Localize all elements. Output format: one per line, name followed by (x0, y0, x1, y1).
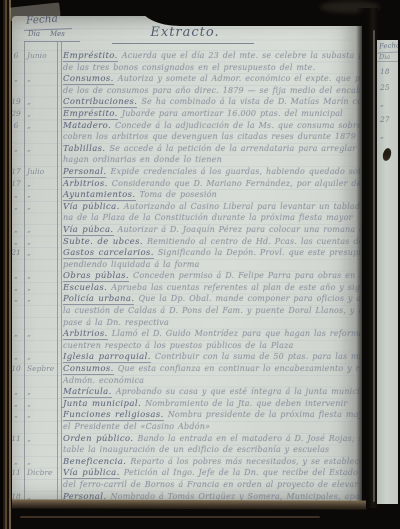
entry-day: 11 (8, 467, 24, 479)
entry-month (24, 212, 57, 224)
entry-body: hagan ordinarias en donde lo tienen (63, 155, 222, 164)
entry-body: el Presidente del «Casino Abdón» (63, 422, 210, 431)
entry-month: „ (24, 386, 57, 398)
entry-text: del ferro-carril de Bornos á Francia en … (57, 479, 360, 491)
entry-text: Vía púbca.Autorizar á D. Joaquín Pérez p… (57, 224, 360, 236)
entry-day: „ (8, 143, 24, 155)
day-month-underline (24, 41, 80, 42)
entry-month (24, 340, 57, 352)
ledger-row: 11 „ Orden público.Bando la entrada en e… (8, 433, 360, 445)
entry-text: Consumos.Que esta confianza en continuar… (57, 363, 360, 375)
day-column-header: Dia (28, 30, 40, 38)
ledger-row: del ferro-carril de Bornos á Francia en … (8, 479, 360, 491)
facing-page-day-number: „ (377, 129, 398, 145)
entry-body: Bando la entrada en el matadero á D. Jos… (138, 434, 360, 443)
ledger-row: hagan ordinarias en donde lo tienen (8, 154, 360, 166)
entry-body: Remitiendo al centro de Hd. Pcas. las cu… (147, 237, 360, 246)
entry-keyword: Ayuntamientos. (63, 190, 136, 201)
entry-text: Escuelas.Aprueba las cuentas referentes … (57, 282, 360, 294)
entry-text: pase á la Dn. respectiva (57, 317, 360, 329)
entry-month (24, 479, 57, 491)
entry-text: hagan ordinarias en donde lo tienen (57, 154, 360, 166)
entry-month: „ (24, 282, 57, 294)
entry-body: Significando la Depón. Provl. que este p… (158, 248, 360, 257)
entry-day (8, 154, 24, 166)
entry-body: Admón. económica (63, 376, 144, 385)
ledger-row: na de la Plaza de la Constitución durant… (8, 212, 360, 224)
ledger-row: „ „ Iglesia parroquial.Contribuir con la… (8, 351, 360, 363)
entry-month: „ (24, 433, 57, 445)
month-column-header: Mes (50, 30, 65, 38)
entry-day (8, 340, 24, 352)
entry-body: Concede á la adjudicación de la Ms. que … (115, 121, 360, 130)
entry-day (8, 62, 24, 74)
entry-day: „ (8, 328, 24, 340)
entry-day: „ (8, 189, 24, 201)
entry-day (8, 212, 24, 224)
ledger-row: table la inauguración de un edificio de … (8, 444, 360, 456)
entry-body: Contribuir con la suma de 50 ptas. para … (155, 352, 360, 361)
entry-day: „ (8, 456, 24, 468)
entry-month: „ (24, 409, 57, 421)
entry-body: Autorizando al Casino Liberal para levan… (124, 202, 360, 211)
entry-month: Dicbre (24, 467, 57, 479)
entry-text: Tablillas.Se accede á la petición de la … (57, 143, 360, 155)
entry-month (24, 259, 57, 271)
entry-body: de las tres bonos consignados en el pres… (63, 63, 315, 72)
entry-month (24, 444, 57, 456)
entry-body: Toma de posesión (140, 190, 217, 199)
entry-keyword: Personal. (63, 167, 106, 178)
entry-text: Beneficencia.Reparto á los pobres más ne… (57, 456, 360, 468)
entry-month (24, 85, 57, 97)
entry-keyword: Vía pública. (63, 468, 120, 479)
entry-day: 11 (8, 433, 24, 445)
facing-page-day-number: 18 (377, 65, 398, 81)
entry-text: Junta municipal.Nombramiento de la Jta. … (57, 398, 360, 410)
entry-keyword: Obras públas. (63, 271, 129, 282)
page-title: Extracto. (110, 25, 260, 40)
facing-page-edge (373, 30, 375, 502)
entry-keyword: Junta municipal. (63, 399, 141, 410)
ledger-row: „ „ Policía urbana.Que la Dp. Obal. mand… (8, 293, 360, 305)
entry-keyword: Iglesia parroquial. (63, 352, 151, 363)
ledger-row: pase á la Dn. respectiva (8, 317, 360, 329)
entry-text: na de la Plaza de la Constitución durant… (57, 212, 360, 224)
entry-text: Gastos carcelarios.Significando la Depón… (57, 247, 360, 259)
entry-body: Reparto á los pobres más necesitados, y … (130, 457, 360, 466)
entry-month: „ (24, 201, 57, 213)
entry-day (8, 421, 24, 433)
entry-day: „ (8, 282, 24, 294)
entry-text: la cuestión de Caldas á D. Pons del Fam.… (57, 305, 360, 317)
page-bottom-edge (12, 499, 366, 509)
entry-body: Que la Dp. Obal. mande componer para ofi… (138, 294, 360, 303)
entry-text: Personal.Expide credenciales á los guard… (57, 166, 360, 178)
entry-month: Sepbre (24, 363, 57, 375)
entry-keyword: Consumos. (63, 364, 114, 375)
entry-text: Matadero.Concede á la adjudicación de la… (57, 120, 360, 132)
ledger-row: la cuestión de Caldas á D. Pons del Fam.… (8, 305, 360, 317)
ledger-row: „ „ Junta municipal.Nombramiento de la J… (8, 398, 360, 410)
entry-month: „ (24, 120, 57, 132)
entry-day: 6 (8, 50, 24, 62)
entry-month: „ (24, 328, 57, 340)
entry-keyword: Escuelas. (63, 283, 107, 294)
entry-text: Empréstito.Acuerda que el día 23 del mte… (57, 50, 360, 62)
entry-month: Junio (24, 50, 57, 62)
entry-text: cuentren respecto á los puestos públicos… (57, 340, 360, 352)
entry-keyword: Consumos. (63, 74, 114, 85)
entry-month (24, 305, 57, 317)
entry-text: Vía pública.Autorizando al Casino Libera… (57, 201, 360, 213)
entry-body: Petición al Ingo. Jefe de la Dn. que rec… (124, 468, 360, 477)
entry-keyword: Gastos carcelarios. (63, 248, 154, 259)
entry-body: Llamó el D. Guido Montrídez para que hag… (112, 329, 360, 338)
page-title-underline (112, 43, 254, 44)
entry-keyword: Funciones religiosas. (63, 410, 164, 421)
entry-text: Consumos.Autoriza y somete al Admor. eco… (57, 73, 360, 85)
entry-day: „ (8, 224, 24, 236)
entry-day (8, 305, 24, 317)
entry-day: „ (8, 236, 24, 248)
entry-month: „ (24, 236, 57, 248)
entry-month: „ (24, 73, 57, 85)
ledger-row: cobren los arbitrios que devenguen las c… (8, 131, 360, 143)
ledger-row: de las tres bonos consignados en el pres… (8, 62, 360, 74)
entry-body: Se accede á la petición de la arrendatar… (110, 144, 360, 153)
entry-text: Funciones religiosas.Nombra presidente d… (57, 409, 360, 421)
entry-text: Ayuntamientos.Toma de posesión (57, 189, 360, 201)
entry-body: Que esta confianza en continuar lo encab… (118, 364, 360, 373)
entry-body: pase á la Dn. respectiva (63, 318, 169, 327)
entry-month: „ (24, 270, 57, 282)
entry-keyword: Vía pública. (63, 202, 120, 213)
entry-text: Obras públas.Conceden permiso á D. Felip… (57, 270, 360, 282)
entry-keyword: Tablillas. (63, 144, 106, 155)
entry-body: Jubarde para amortizar 16.000 ptas. del … (122, 109, 343, 118)
entry-keyword: Vía púbca. (63, 225, 114, 236)
entry-month: „ (24, 293, 57, 305)
ledger-row: „ „ Beneficencia.Reparto á los pobres má… (8, 456, 360, 468)
ledger-row: „ „ Funciones religiosas.Nombra presiden… (8, 409, 360, 421)
entry-keyword: Empréstito. (63, 51, 118, 62)
entry-keyword: Matrícula. (63, 387, 112, 398)
entry-body: cobren los arbitrios que devenguen las c… (63, 132, 360, 141)
entry-month (24, 421, 57, 433)
entry-body: Nombramiento de la Jta. que deben interv… (145, 399, 347, 408)
ledger-row: de los de consumos para año direc. 1879 … (8, 85, 360, 97)
entry-day: 21 (8, 247, 24, 259)
entry-month (24, 62, 57, 74)
entry-month: „ (24, 189, 57, 201)
entry-text: Policía urbana.Que la Dp. Obal. mande co… (57, 293, 360, 305)
entry-body: Autoriza y somete al Admor. económico el… (118, 74, 360, 83)
facing-page-numbers: 1825„27„ (377, 65, 398, 145)
facing-page-day-number: „ (377, 97, 398, 113)
ledger-row: „ „ Tablillas.Se accede á la petición de… (8, 143, 360, 155)
entry-day: „ (8, 270, 24, 282)
ledger-row: 11 Dicbre Vía pública.Petición al Ingo. … (8, 467, 360, 479)
entry-day: „ (8, 73, 24, 85)
entry-day: 17 (8, 178, 24, 190)
entry-body: la cuestión de Caldas á D. Pons del Fam.… (63, 306, 360, 315)
entry-day (8, 444, 24, 456)
entry-body: Considerando que D. Mariano Fernández, p… (112, 179, 360, 188)
ledger-row: 17 „ Arbitrios.Considerando que D. Maria… (8, 178, 360, 190)
facing-page-day-header: Dia (377, 53, 398, 62)
entry-day: „ (8, 386, 24, 398)
entry-day (8, 85, 24, 97)
entry-body: Conceden permiso á D. Felipe Parra para … (133, 271, 360, 280)
entry-keyword: Arbitrios. (63, 179, 108, 190)
entry-body: de los de consumos para año direc. 1879 … (63, 86, 360, 95)
entry-day: 10 (8, 363, 24, 375)
entry-body: Aprobando su casa y que esté íntegra á l… (116, 387, 360, 396)
entry-day: „ (8, 293, 24, 305)
ledger-row: 29 „ Empréstito.Jubarde para amortizar 1… (8, 108, 360, 120)
entry-keyword: Contribuciones. (63, 97, 137, 108)
entry-day: 6 (8, 120, 24, 132)
ledger-row: 6 Junio Empréstito.Acuerda que el día 23… (8, 50, 360, 62)
page-stack-edge-line (20, 516, 320, 518)
entry-month: „ (24, 456, 57, 468)
entry-day: „ (8, 398, 24, 410)
ledger-row: cuentren respecto á los puestos públicos… (8, 340, 360, 352)
ledger-row: „ „ Arbitrios.Llamó el D. Guido Montríde… (8, 328, 360, 340)
entry-keyword: Subte. de ubces. (63, 237, 143, 248)
entry-text: el Presidente del «Casino Abdón» (57, 421, 360, 433)
entry-keyword: Policía urbana. (63, 294, 134, 305)
entry-day (8, 131, 24, 143)
facing-page-day-number: 25 (377, 81, 398, 97)
ledger-photo: Fecha Dia Mes Extracto. 6 Junio Emprésti… (0, 0, 400, 529)
ledger-row: pendiendo liquidada á la forma (8, 259, 360, 271)
entry-month (24, 131, 57, 143)
entry-month: „ (24, 398, 57, 410)
entry-keyword: Beneficencia. (63, 457, 126, 468)
ledger-row: 10 Sepbre Consumos.Que esta confianza en… (8, 363, 360, 375)
ledger-row: Admón. económica (8, 375, 360, 387)
entry-month: „ (24, 351, 57, 363)
entry-body: na de la Plaza de la Constitución durant… (63, 213, 353, 222)
entry-day: „ (8, 409, 24, 421)
entry-keyword: Matadero. (63, 121, 111, 132)
ledger-row: 19 „ Contribuciones.Se ha combinado á la… (8, 96, 360, 108)
entry-text: Empréstito.Jubarde para amortizar 16.000… (57, 108, 360, 120)
entry-body: Expide credenciales á los guardas, habie… (110, 167, 360, 176)
entry-month: „ (24, 96, 57, 108)
entry-text: de los de consumos para año direc. 1879 … (57, 85, 360, 97)
ledger-row: „ „ Ayuntamientos.Toma de posesión (8, 189, 360, 201)
entry-day: 17 (8, 166, 24, 178)
ledger-row: 17 Julio Personal.Expide credenciales á … (8, 166, 360, 178)
entry-body: Nombra presidente de la próxima fiesta m… (168, 410, 360, 419)
entry-keyword: Empréstito. (63, 109, 118, 120)
entry-body: pendiendo liquidada á la forma (63, 260, 199, 269)
entry-body: Acuerda que el día 23 del mte. se celebr… (122, 51, 360, 60)
entry-day: „ (8, 351, 24, 363)
entry-text: Arbitrios.Llamó el D. Guido Montrídez pa… (57, 328, 360, 340)
entry-text: cobren los arbitrios que devenguen las c… (57, 131, 360, 143)
ledger-row: 6 „ Matadero.Concede á la adjudicación d… (8, 120, 360, 132)
facing-page-date-header: Fecha (377, 40, 398, 54)
entry-text: Admón. económica (57, 375, 360, 387)
entry-month: „ (24, 224, 57, 236)
entry-keyword: Arbitrios. (63, 329, 108, 340)
entry-day (8, 317, 24, 329)
entry-day: 29 (8, 108, 24, 120)
entry-month (24, 317, 57, 329)
entry-month: „ (24, 178, 57, 190)
entry-body: cuentren respecto á los puestos públicos… (63, 341, 294, 350)
entry-month: „ (24, 143, 57, 155)
entry-month: Julio (24, 166, 57, 178)
facing-page-day-number: 27 (377, 113, 398, 129)
entry-day (8, 259, 24, 271)
entry-body: Se ha combinado á la vista de D. Matías … (141, 97, 360, 106)
ledger-row: „ „ Vía pública.Autorizando al Casino Li… (8, 201, 360, 213)
entry-text: Arbitrios.Considerando que D. Mariano Fe… (57, 178, 360, 190)
entry-month: „ (24, 247, 57, 259)
entry-month (24, 154, 57, 166)
facing-page-sliver: Fecha Dia 1825„27„ (377, 40, 398, 504)
ledger-row: „ „ Subte. de ubces.Remitiendo al centro… (8, 236, 360, 248)
entry-day: „ (8, 201, 24, 213)
entries-list: 6 Junio Empréstito.Acuerda que el día 23… (8, 50, 360, 502)
entry-text: pendiendo liquidada á la forma (57, 259, 360, 271)
entry-day (8, 479, 24, 491)
entry-text: Matrícula.Aprobando su casa y que esté í… (57, 386, 360, 398)
entry-day (8, 375, 24, 387)
ledger-row: „ „ Obras públas.Conceden permiso á D. F… (8, 270, 360, 282)
entry-day: 19 (8, 96, 24, 108)
entry-text: Contribuciones.Se ha combinado á la vist… (57, 96, 360, 108)
ledger-row: „ „ Consumos.Autoriza y somete al Admor.… (8, 73, 360, 85)
ledger-row: el Presidente del «Casino Abdón» (8, 421, 360, 433)
entry-text: Vía pública.Petición al Ingo. Jefe de la… (57, 467, 360, 479)
entry-text: de las tres bonos consignados en el pres… (57, 62, 360, 74)
entry-body: Aprueba las cuentas referentes al plan d… (111, 283, 360, 292)
entry-text: Iglesia parroquial.Contribuir con la sum… (57, 351, 360, 363)
ledger-row: „ „ Matrícula.Aprobando su casa y que es… (8, 386, 360, 398)
entry-keyword: Orden público. (63, 434, 134, 445)
ledger-row: „ „ Vía púbca.Autorizar á D. Joaquín Pér… (8, 224, 360, 236)
entry-text: table la inauguración de un edificio de … (57, 444, 360, 456)
ledger-row: 21 „ Gastos carcelarios.Significando la … (8, 247, 360, 259)
entry-body: del ferro-carril de Bornos á Francia en … (63, 480, 360, 489)
ledger-row: „ „ Escuelas.Aprueba las cuentas referen… (8, 282, 360, 294)
entry-month (24, 375, 57, 387)
entry-text: Orden público.Bando la entrada en el mat… (57, 433, 360, 445)
entry-body: table la inauguración de un edificio de … (63, 445, 329, 454)
entry-text: Subte. de ubces.Remitiendo al centro de … (57, 236, 360, 248)
entry-body: Autorizar á D. Joaquín Pérez para coloca… (118, 225, 360, 234)
entry-month: „ (24, 108, 57, 120)
